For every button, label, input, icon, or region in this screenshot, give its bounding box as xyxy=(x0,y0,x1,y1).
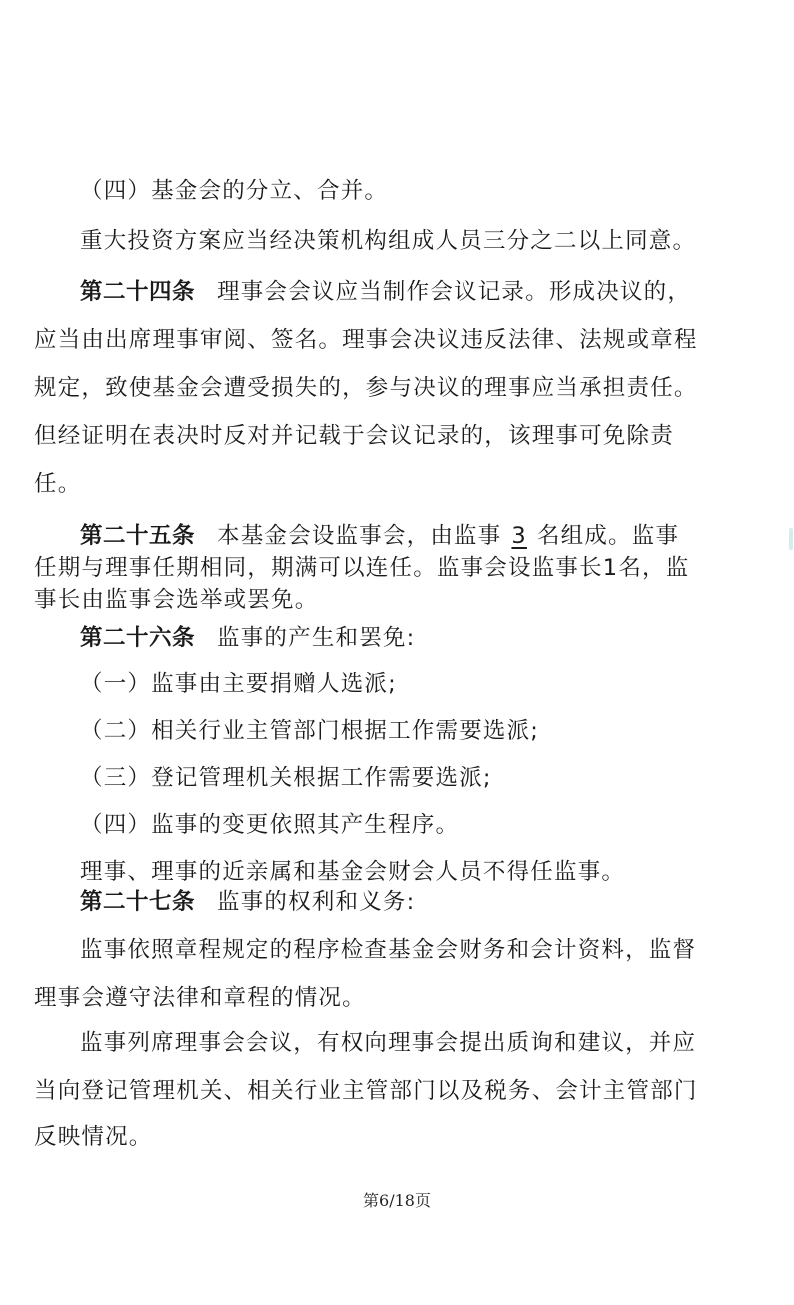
line-text: 监事列席理事会会议，有权向理事会提出质询和建议，并应 xyxy=(80,1030,696,1056)
supervisor-count-blank: 3 xyxy=(501,521,537,551)
line-text: 当向登记管理机关、相关行业主管部门以及税务、会计主管部门 xyxy=(34,1078,698,1104)
list-item-three: （三）登记管理机关根据工作需要选派; xyxy=(80,763,492,793)
line-text: 监事的产生和罢免: xyxy=(217,625,415,651)
paragraph-investment-approval: 重大投资方案应当经决策机构组成人员三分之二以上同意。 xyxy=(80,226,696,256)
list-item-four: （四）监事的变更依照其产生程序。 xyxy=(80,810,459,840)
article-27-title: 第二十七条 xyxy=(80,889,195,915)
line-text: （四）基金会的分立、合并。 xyxy=(80,178,388,204)
line-text: 理事会会议应当制作会议记录。形成决议的， xyxy=(217,279,691,305)
paragraph-supervisor-restriction: 理事、理事的近亲属和基金会财会人员不得任监事。 xyxy=(80,857,625,887)
line-text: 应当由出席理事审阅、签名。理事会决议违反法律、法规或章程 xyxy=(34,327,698,353)
article-27-para-2-line-3: 反映情况。 xyxy=(34,1122,153,1152)
line-text: 规定，致使基金会遭受损失的，参与决议的理事应当承担责任。 xyxy=(34,375,698,401)
line-text: （三）登记管理机关根据工作需要选派; xyxy=(80,765,492,791)
document-page: （四）基金会的分立、合并。 重大投资方案应当经决策机构组成人员三分之二以上同意。… xyxy=(0,0,794,1305)
page-number: 第6/18页 xyxy=(0,1188,794,1211)
list-item-two: （二）相关行业主管部门根据工作需要选派; xyxy=(80,716,539,746)
article-27-para-2-line-1: 监事列席理事会会议，有权向理事会提出质询和建议，并应 xyxy=(80,1028,696,1058)
article-24-title: 第二十四条 xyxy=(80,279,195,305)
article-27-para-2-line-2: 当向登记管理机关、相关行业主管部门以及税务、会计主管部门 xyxy=(34,1076,698,1106)
article-24-line-2: 应当由出席理事审阅、签名。理事会决议违反法律、法规或章程 xyxy=(34,325,698,355)
article-24-heading-line: 第二十四条理事会会议应当制作会议记录。形成决议的， xyxy=(80,277,691,307)
line-text: 监事的权利和义务: xyxy=(217,889,415,915)
article-25-title: 第二十五条 xyxy=(80,523,195,549)
line-text: 名组成。监事 xyxy=(537,523,679,549)
line-text: （四）监事的变更依照其产生程序。 xyxy=(80,812,459,838)
article-25-heading-line: 第二十五条本基金会设监事会，由监事3名组成。监事 xyxy=(80,521,679,551)
article-24-line-3: 规定，致使基金会遭受损失的，参与决议的理事应当承担责任。 xyxy=(34,373,698,403)
line-text: 理事、理事的近亲属和基金会财会人员不得任监事。 xyxy=(80,859,625,885)
list-item-four-split-merge: （四）基金会的分立、合并。 xyxy=(80,176,388,206)
line-text: 本基金会设监事会，由监事 xyxy=(217,523,501,549)
line-text: 任期与理事任期相同，期满可以连任。监事会设监事长1名，监 xyxy=(34,555,689,581)
line-text: 但经证明在表决时反对并记载于会议记录的，该理事可免除责 xyxy=(34,423,674,449)
article-27-para-1-line-2: 理事会遵守法律和章程的情况。 xyxy=(34,983,366,1013)
article-25-line-3: 事长由监事会选举或罢免。 xyxy=(34,585,318,615)
article-25-line-2: 任期与理事任期相同，期满可以连任。监事会设监事长1名，监 xyxy=(34,553,689,583)
line-text: 监事依照章程规定的程序检查基金会财务和会计资料，监督 xyxy=(80,937,696,963)
line-text: 反映情况。 xyxy=(34,1124,153,1150)
scan-edge-mark xyxy=(789,528,793,550)
line-text: 事长由监事会选举或罢免。 xyxy=(34,587,318,613)
line-text: （二）相关行业主管部门根据工作需要选派; xyxy=(80,718,539,744)
line-text: （一）监事由主要捐赠人选派; xyxy=(80,671,397,697)
article-24-line-4: 但经证明在表决时反对并记载于会议记录的，该理事可免除责 xyxy=(34,421,674,451)
list-item-one: （一）监事由主要捐赠人选派; xyxy=(80,669,397,699)
article-27-para-1-line-1: 监事依照章程规定的程序检查基金会财务和会计资料，监督 xyxy=(80,935,696,965)
line-text: 理事会遵守法律和章程的情况。 xyxy=(34,985,366,1011)
line-text: 任。 xyxy=(34,471,81,497)
article-24-line-5: 任。 xyxy=(34,469,81,499)
article-26-heading-line: 第二十六条监事的产生和罢免: xyxy=(80,623,415,653)
article-27-heading-line: 第二十七条监事的权利和义务: xyxy=(80,887,415,917)
article-26-title: 第二十六条 xyxy=(80,625,195,651)
line-text: 重大投资方案应当经决策机构组成人员三分之二以上同意。 xyxy=(80,228,696,254)
